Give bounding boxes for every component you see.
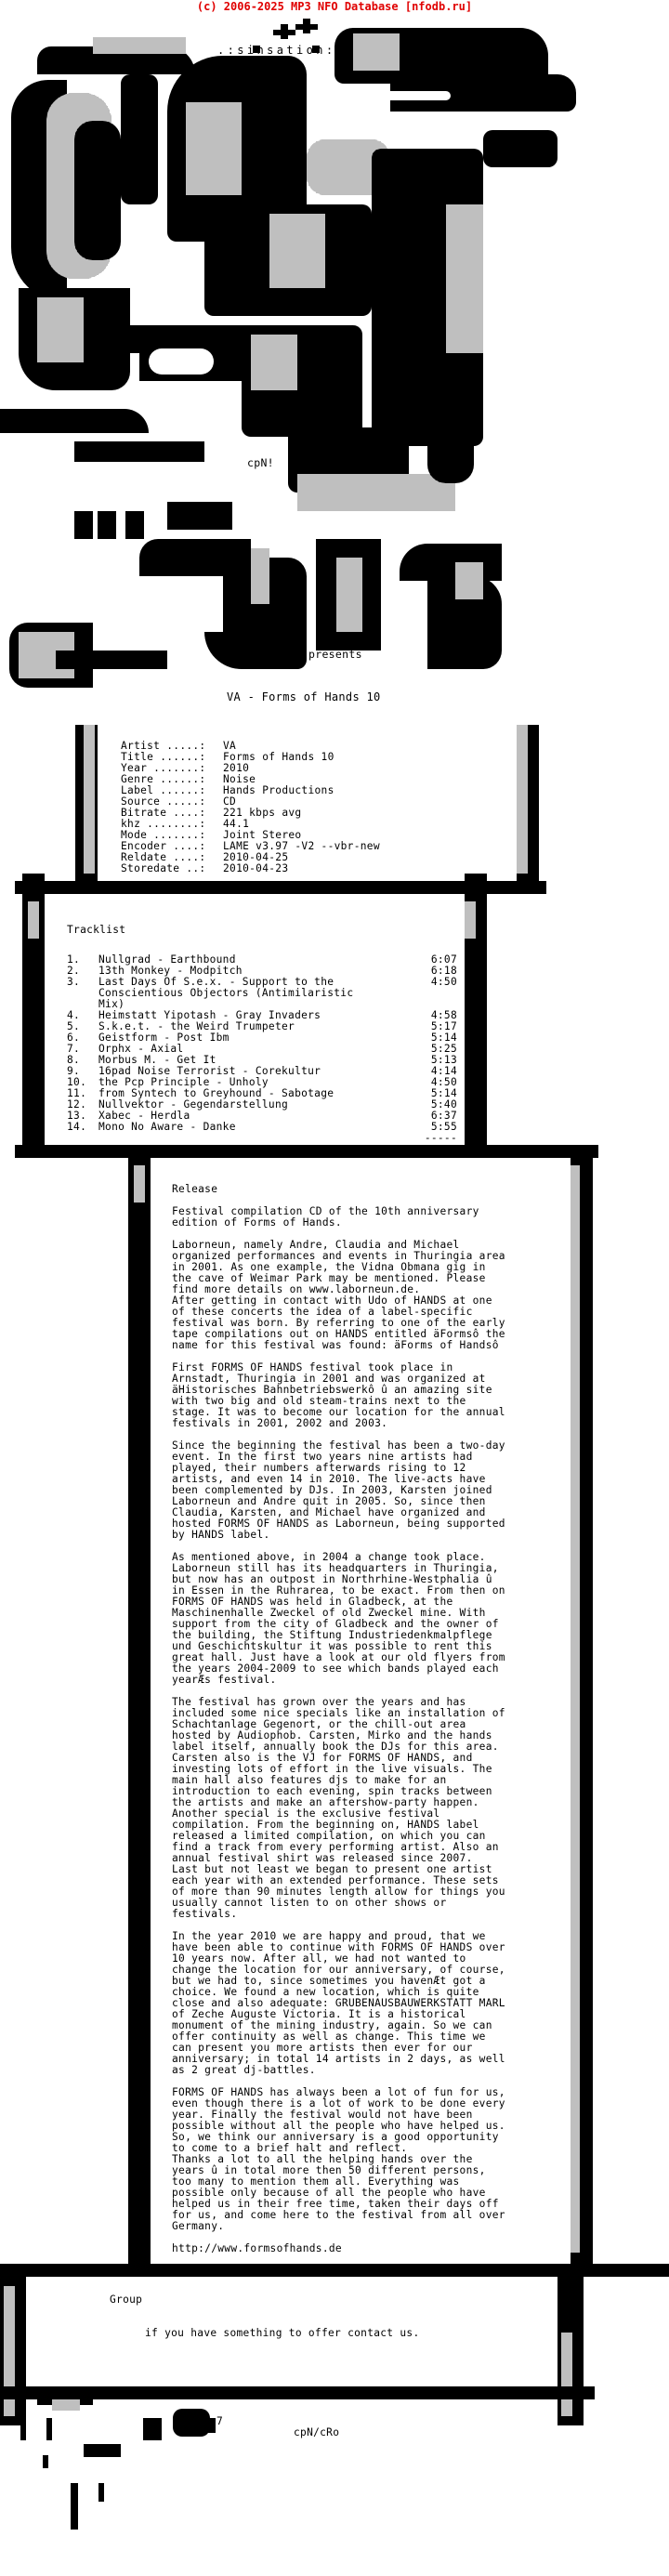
group-contact-message: if you have something to offer contact u…	[145, 2328, 420, 2339]
release-paragraph: The festival has grown over the years an…	[172, 1697, 571, 1920]
tracklist-separator: -----	[67, 1133, 457, 1144]
info-label: Storedate ..:	[121, 863, 223, 874]
tracklist-heading: Tracklist	[67, 925, 125, 936]
nfodb-credit: (c) 2006-2025 MP3 NFO Database [nfodb.ru…	[0, 0, 669, 13]
release-paragraph: FORMS OF HANDS has always been a lot of …	[172, 2087, 571, 2232]
release-paragraph: Festival compilation CD of the 10th anni…	[172, 1206, 571, 1229]
tracklist: 1.Nullgrad - Earthbound6:072.13th Monkey…	[67, 954, 457, 1159]
track-duration: 4:50	[431, 977, 457, 1010]
info-row: Storedate ..:2010-04-23	[121, 863, 380, 874]
release-paragraph: In the year 2010 we are happy and proud,…	[172, 1931, 571, 2076]
info-value: 2010-04-23	[223, 862, 288, 874]
ascii-art-logo	[0, 19, 669, 688]
release-info: Artist .....:VATitle ......:Forms of Han…	[121, 741, 380, 874]
footer-tag: o7	[210, 2416, 223, 2427]
release-paragraph: Since the beginning the festival has bee…	[172, 1440, 571, 1541]
track-row: 3.Last Days Of S.e.x. - Support to the C…	[67, 977, 457, 1010]
track-row: 14.Mono No Aware - Danke5:55	[67, 1122, 457, 1133]
release-paragraph: First FORMS OF HANDS festival took place…	[172, 1362, 571, 1429]
release-paragraph: As mentioned above, in 2004 a change too…	[172, 1552, 571, 1686]
group-heading: Group	[110, 2294, 142, 2306]
artist-signature-bottom: cpN/cRo	[294, 2427, 339, 2438]
artist-signature-top: cpN!	[247, 457, 274, 468]
release-notes: Festival compilation CD of the 10th anni…	[172, 1206, 571, 2266]
website-link[interactable]: http://www.formsofhands.de	[172, 2243, 571, 2254]
track-number: 14.	[67, 1122, 98, 1133]
track-title: Mono No Aware - Danke	[98, 1122, 431, 1133]
presents-label: presents	[308, 649, 362, 660]
release-paragraph: Laborneun, namely Andre, Claudia and Mic…	[172, 1240, 571, 1351]
release-title: VA - Forms of Hands 10	[227, 691, 381, 703]
track-title: Last Days Of S.e.x. - Support to the Con…	[98, 977, 431, 1010]
track-number: 3.	[67, 977, 98, 1010]
tracklist-total-time: 75:52	[67, 1148, 457, 1159]
info-value: Hands Productions	[223, 784, 334, 796]
release-heading: Release	[172, 1184, 217, 1195]
